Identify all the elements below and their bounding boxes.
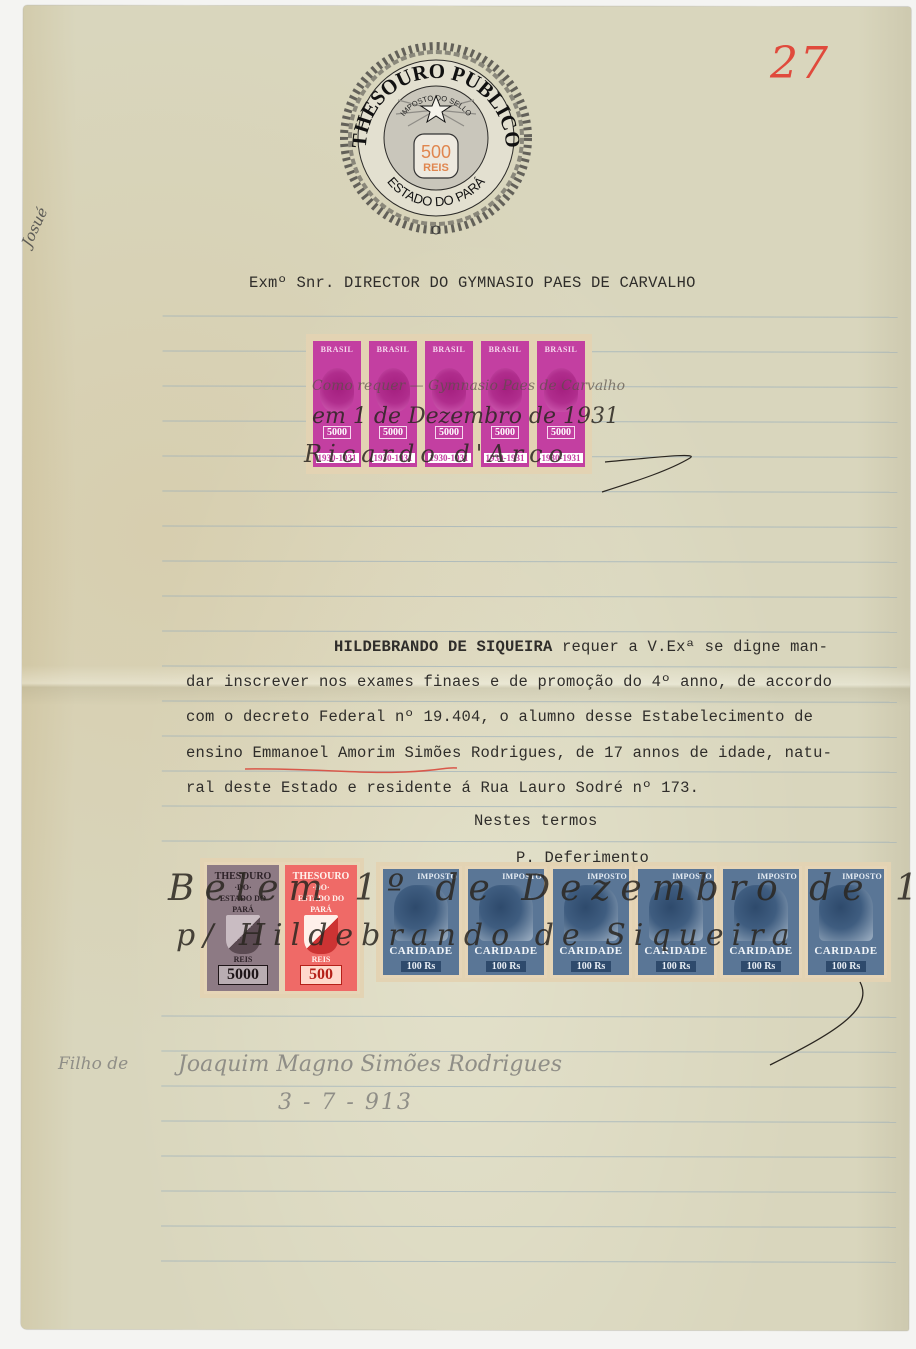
closing-nestes-termos: Nestes termos bbox=[474, 812, 598, 830]
ruled-line bbox=[161, 1190, 896, 1192]
body-line-5: ral deste Estado e residente á Rua Lauro… bbox=[186, 779, 699, 797]
ruled-line bbox=[161, 1085, 896, 1087]
pencil-note-prefix: Filho de bbox=[58, 1054, 128, 1074]
body-line-3: com o decreto Federal nº 19.404, o alumn… bbox=[186, 708, 813, 726]
handwritten-approval-date: em 1 de Dezembro de 1931 bbox=[312, 404, 619, 429]
ruled-line bbox=[162, 840, 897, 842]
ruled-line bbox=[162, 525, 897, 527]
handwritten-place-date: Belem 1º de Dezembro de 1930 bbox=[168, 868, 916, 909]
student-name: Emmanoel Amorim Simões Rodrigues bbox=[253, 744, 557, 762]
ruled-line bbox=[161, 1155, 896, 1157]
pencil-note-father-name: Joaquim Magno Simões Rodrigues bbox=[178, 1052, 562, 1077]
pencil-note-birthdate: 3 - 7 - 913 bbox=[278, 1090, 413, 1115]
ruled-line bbox=[163, 315, 898, 317]
ruled-line bbox=[161, 1120, 896, 1122]
handwritten-signature: Ricardo d'Arco bbox=[304, 440, 569, 468]
ruled-line bbox=[161, 1260, 896, 1262]
treasury-seal: THESOURO PUBLICO ESTADO DO PARÁ IMPOSTO … bbox=[336, 38, 536, 238]
ruled-line bbox=[162, 735, 897, 737]
ruled-line bbox=[162, 630, 897, 632]
cancellation-stamp-text: Como requer — Gymnasio Paes de Carvalho bbox=[312, 378, 625, 394]
page-number: 27 bbox=[770, 38, 830, 89]
ruled-line bbox=[162, 595, 897, 597]
body-line-2: dar inscrever nos exames finaes e de pro… bbox=[186, 673, 832, 691]
ruled-line bbox=[162, 805, 897, 807]
petitioner-name: HILDEBRANDO DE SIQUEIRA bbox=[334, 638, 553, 656]
ruled-line bbox=[162, 490, 897, 492]
wreath-seal-graphic: THESOURO PUBLICO ESTADO DO PARÁ IMPOSTO … bbox=[336, 38, 536, 238]
ruled-line bbox=[161, 1225, 896, 1227]
body-line-4: ensino Emmanoel Amorim Simões Rodrigues,… bbox=[186, 744, 832, 762]
seal-unit: REIS bbox=[336, 162, 536, 174]
ruled-line bbox=[161, 1015, 896, 1017]
body-line-1: HILDEBRANDO DE SIQUEIRA requer a V.Exª s… bbox=[334, 638, 828, 656]
ruled-line bbox=[162, 560, 897, 562]
handwritten-signatory: p/ Hildebrando de Siqueira bbox=[176, 918, 797, 953]
red-underline bbox=[245, 766, 457, 774]
address-line: Exmº Snr. DIRECTOR DO GYMNASIO PAES DE C… bbox=[249, 274, 696, 292]
seal-value: 500 bbox=[336, 142, 536, 163]
